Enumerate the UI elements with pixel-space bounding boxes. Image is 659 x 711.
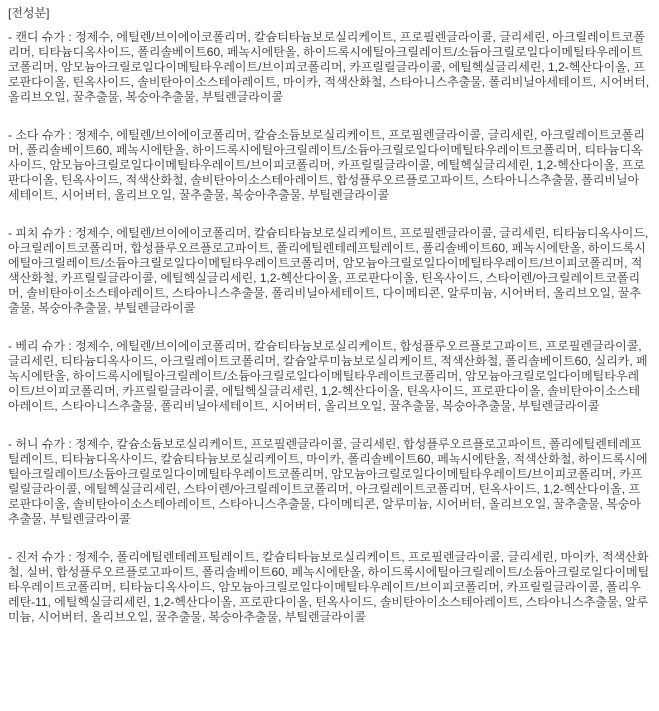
section-ingredients: 정제수, 칼슘소듐보로실리케이트, 프로필렌글라이콜, 글리세린, 합성플루오르… bbox=[8, 437, 648, 526]
ingredient-section: - 캔디 슈가 : 정제수, 에틸렌/브이에이코폴리머, 칼슘티타늄보로실리케이… bbox=[8, 30, 650, 105]
page-title: [전성분] bbox=[8, 6, 650, 21]
section-separator: : bbox=[65, 437, 75, 451]
ingredient-section: - 베리 슈가 : 정제수, 에틸렌/브이에이코폴리머, 칼슘티타늄보로실리케이… bbox=[8, 339, 650, 414]
section-separator: : bbox=[65, 128, 75, 142]
section-name: 피치 슈가 bbox=[15, 226, 65, 240]
section-separator: : bbox=[65, 550, 75, 564]
ingredient-section: - 진저 슈가 : 정제수, 폴리에틸렌테레프틸레이트, 칼슘티타늄보로실리케이… bbox=[8, 550, 650, 625]
section-name: 진저 슈가 bbox=[15, 550, 65, 564]
section-ingredients: 정제수, 폴리에틸렌테레프틸레이트, 칼슘티타늄보로실리케이트, 프로필렌글라이… bbox=[8, 550, 649, 624]
section-name: 소다 슈가 bbox=[15, 128, 65, 142]
section-ingredients: 정제수, 에틸렌/브이에이코폴리머, 칼슘티타늄보로실리케이트, 프로필렌글라이… bbox=[8, 226, 648, 315]
section-ingredients: 정제수, 에틸렌/브이에이코폴리머, 칼슘티타늄보로실리케이트, 프로필렌글라이… bbox=[8, 30, 649, 104]
section-ingredients: 정제수, 에틸렌/브이에이코폴리머, 칼슘소듐보로실리케이트, 프로필렌글라이콜… bbox=[8, 128, 645, 202]
ingredient-sections: - 캔디 슈가 : 정제수, 에틸렌/브이에이코폴리머, 칼슘티타늄보로실리케이… bbox=[8, 30, 650, 625]
section-separator: : bbox=[65, 30, 75, 44]
section-separator: : bbox=[65, 339, 75, 353]
ingredient-section: - 소다 슈가 : 정제수, 에틸렌/브이에이코폴리머, 칼슘소듐보로실리케이트… bbox=[8, 128, 650, 203]
section-separator: : bbox=[65, 226, 75, 240]
ingredient-section: - 피치 슈가 : 정제수, 에틸렌/브이에이코폴리머, 칼슘티타늄보로실리케이… bbox=[8, 226, 650, 316]
section-name: 베리 슈가 bbox=[15, 339, 65, 353]
section-ingredients: 정제수, 에틸렌/브이에이코폴리머, 칼슘티타늄보로실리케이트, 합성플루오르플… bbox=[8, 339, 648, 413]
section-name: 캔디 슈가 bbox=[15, 30, 65, 44]
section-name: 허니 슈가 bbox=[15, 437, 65, 451]
ingredient-section: - 허니 슈가 : 정제수, 칼슘소듐보로실리케이트, 프로필렌글라이콜, 글리… bbox=[8, 437, 650, 527]
ingredients-document: [전성분] - 캔디 슈가 : 정제수, 에틸렌/브이에이코폴리머, 칼슘티타늄… bbox=[0, 0, 659, 637]
